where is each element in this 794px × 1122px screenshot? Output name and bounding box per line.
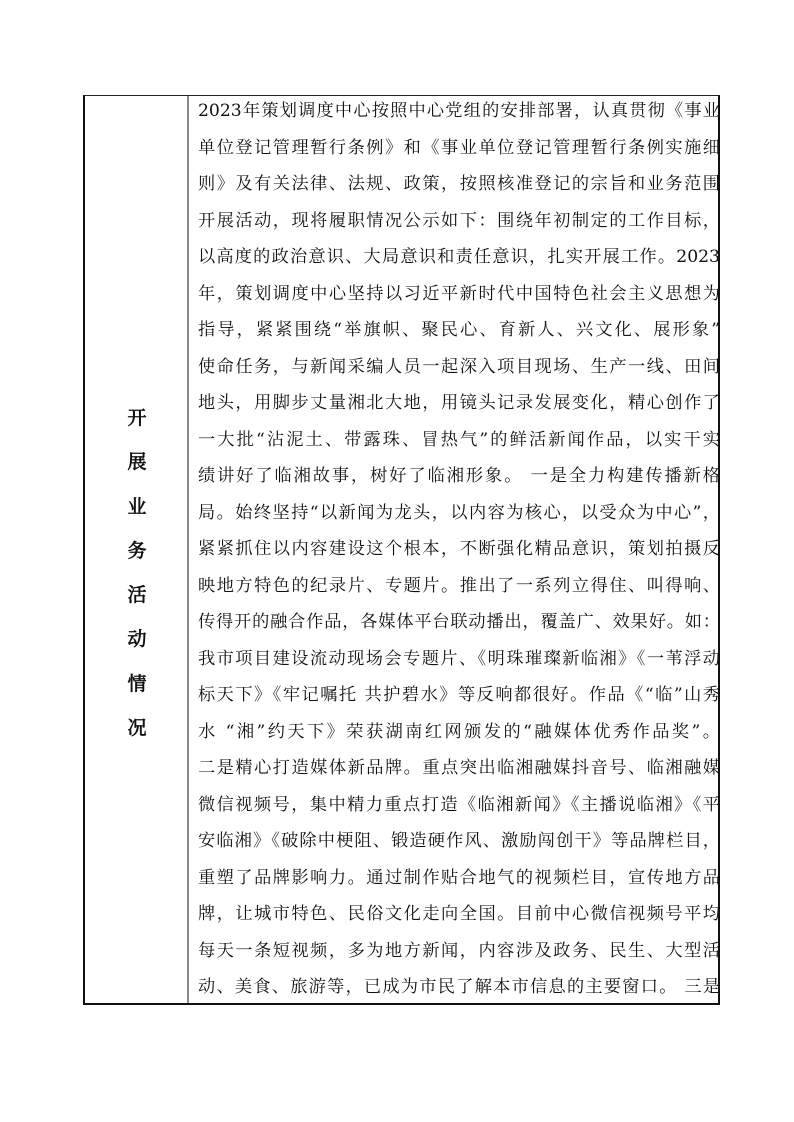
paragraph-line: 映地方特色的纪录片、专题片。推出了一系列立得住、叫得响、 <box>198 571 720 601</box>
activity-table: 开 展 业 务 活 动 情 况 2023年策划调度中心按照中心党组的安排部署，认… <box>83 95 720 1005</box>
paragraph-line: 标天下》《牢记嘱托 共护碧水》等反响都很好。作品《“临”山秀 <box>198 680 720 710</box>
paragraph-line: 我市项目建设流动现场会专题片、《明珠璀璨新临湘》《一苇浮动 <box>198 644 720 674</box>
paragraph-line: 则》及有关法律、法规、政策，按照核准登记的宗旨和业务范围 <box>198 169 720 199</box>
paragraph-line: 绩讲好了临湘故事，树好了临湘形象。 一是全力构建传播新格 <box>198 461 720 491</box>
label-char: 开 <box>127 396 146 440</box>
label-cell: 开 展 业 务 活 动 情 况 <box>85 96 189 1003</box>
paragraph-line: 以高度的政治意识、大局意识和责任意识，扎实开展工作。2023 <box>198 242 720 272</box>
label-char: 务 <box>127 529 146 573</box>
paragraph-line: 年，策划调度中心坚持以习近平新时代中国特色社会主义思想为 <box>198 279 720 309</box>
paragraph-line: 传得开的融合作品，各媒体平台联动播出，覆盖广、效果好。如： <box>198 607 720 637</box>
paragraph-line: 牌，让城市特色、民俗文化走向全国。目前中心微信视频号平均 <box>198 899 720 929</box>
paragraph-line: 地头，用脚步丈量湘北大地，用镜头记录发展变化，精心创作了 <box>198 388 720 418</box>
paragraph-line: 动、美食、旅游等，已成为市民了解本市信息的主要窗口。 三是 <box>198 972 720 1002</box>
label-char: 活 <box>127 573 146 617</box>
paragraph-line: 单位登记管理暂行条例》和《事业单位登记管理暂行条例实施细 <box>198 133 720 163</box>
label-char: 况 <box>127 706 146 750</box>
paragraph-line: 2023年策划调度中心按照中心党组的安排部署，认真贯彻《事业 <box>198 96 720 126</box>
paragraph-line: 紧紧抓住以内容建设这个根本，不断强化精品意识，策划拍摄反 <box>198 534 720 564</box>
paragraph-line: 水 “湘”约天下》荣获湖南红网颁发的“融媒体优秀作品奖”。 <box>198 717 720 747</box>
label-char: 动 <box>127 617 146 661</box>
paragraph-line: 二是精心打造媒体新品牌。重点突出临湘融媒抖音号、临湘融媒 <box>198 753 720 783</box>
paragraph-line: 重塑了品牌影响力。通过制作贴合地气的视频栏目，宣传地方品 <box>198 863 720 893</box>
label-char: 情 <box>127 662 146 706</box>
paragraph-line: 微信视频号，集中精力重点打造《临湘新闻》《主播说临湘》《平 <box>198 790 720 820</box>
paragraph-line: 局。始终坚持“以新闻为龙头，以内容为核心，以受众为中心”， <box>198 498 720 528</box>
content-cell: 2023年策划调度中心按照中心党组的安排部署，认真贯彻《事业 单位登记管理暂行条… <box>191 96 718 1003</box>
paragraph-line: 使命任务，与新闻采编人员一起深入项目现场、生产一线、田间 <box>198 352 720 382</box>
paragraph-line: 每天一条短视频，多为地方新闻，内容涉及政务、民生、大型活 <box>198 936 720 966</box>
paragraph-line: 开展活动，现将履职情况公示如下：围绕年初制定的工作目标， <box>198 206 720 236</box>
label-char: 业 <box>127 485 146 529</box>
paragraph-line: 安临湘》《破除中梗阻、锻造硬作风、激励闯创干》等品牌栏目， <box>198 826 720 856</box>
label-char: 展 <box>127 440 146 484</box>
paragraph-line: 一大批“沾泥土、带露珠、冒热气”的鲜活新闻作品，以实干实 <box>198 425 720 455</box>
paragraph-line: 指导，紧紧围绕“举旗帜、聚民心、育新人、兴文化、展形象” <box>198 315 720 345</box>
row-label: 开 展 业 务 活 动 情 况 <box>85 396 189 750</box>
